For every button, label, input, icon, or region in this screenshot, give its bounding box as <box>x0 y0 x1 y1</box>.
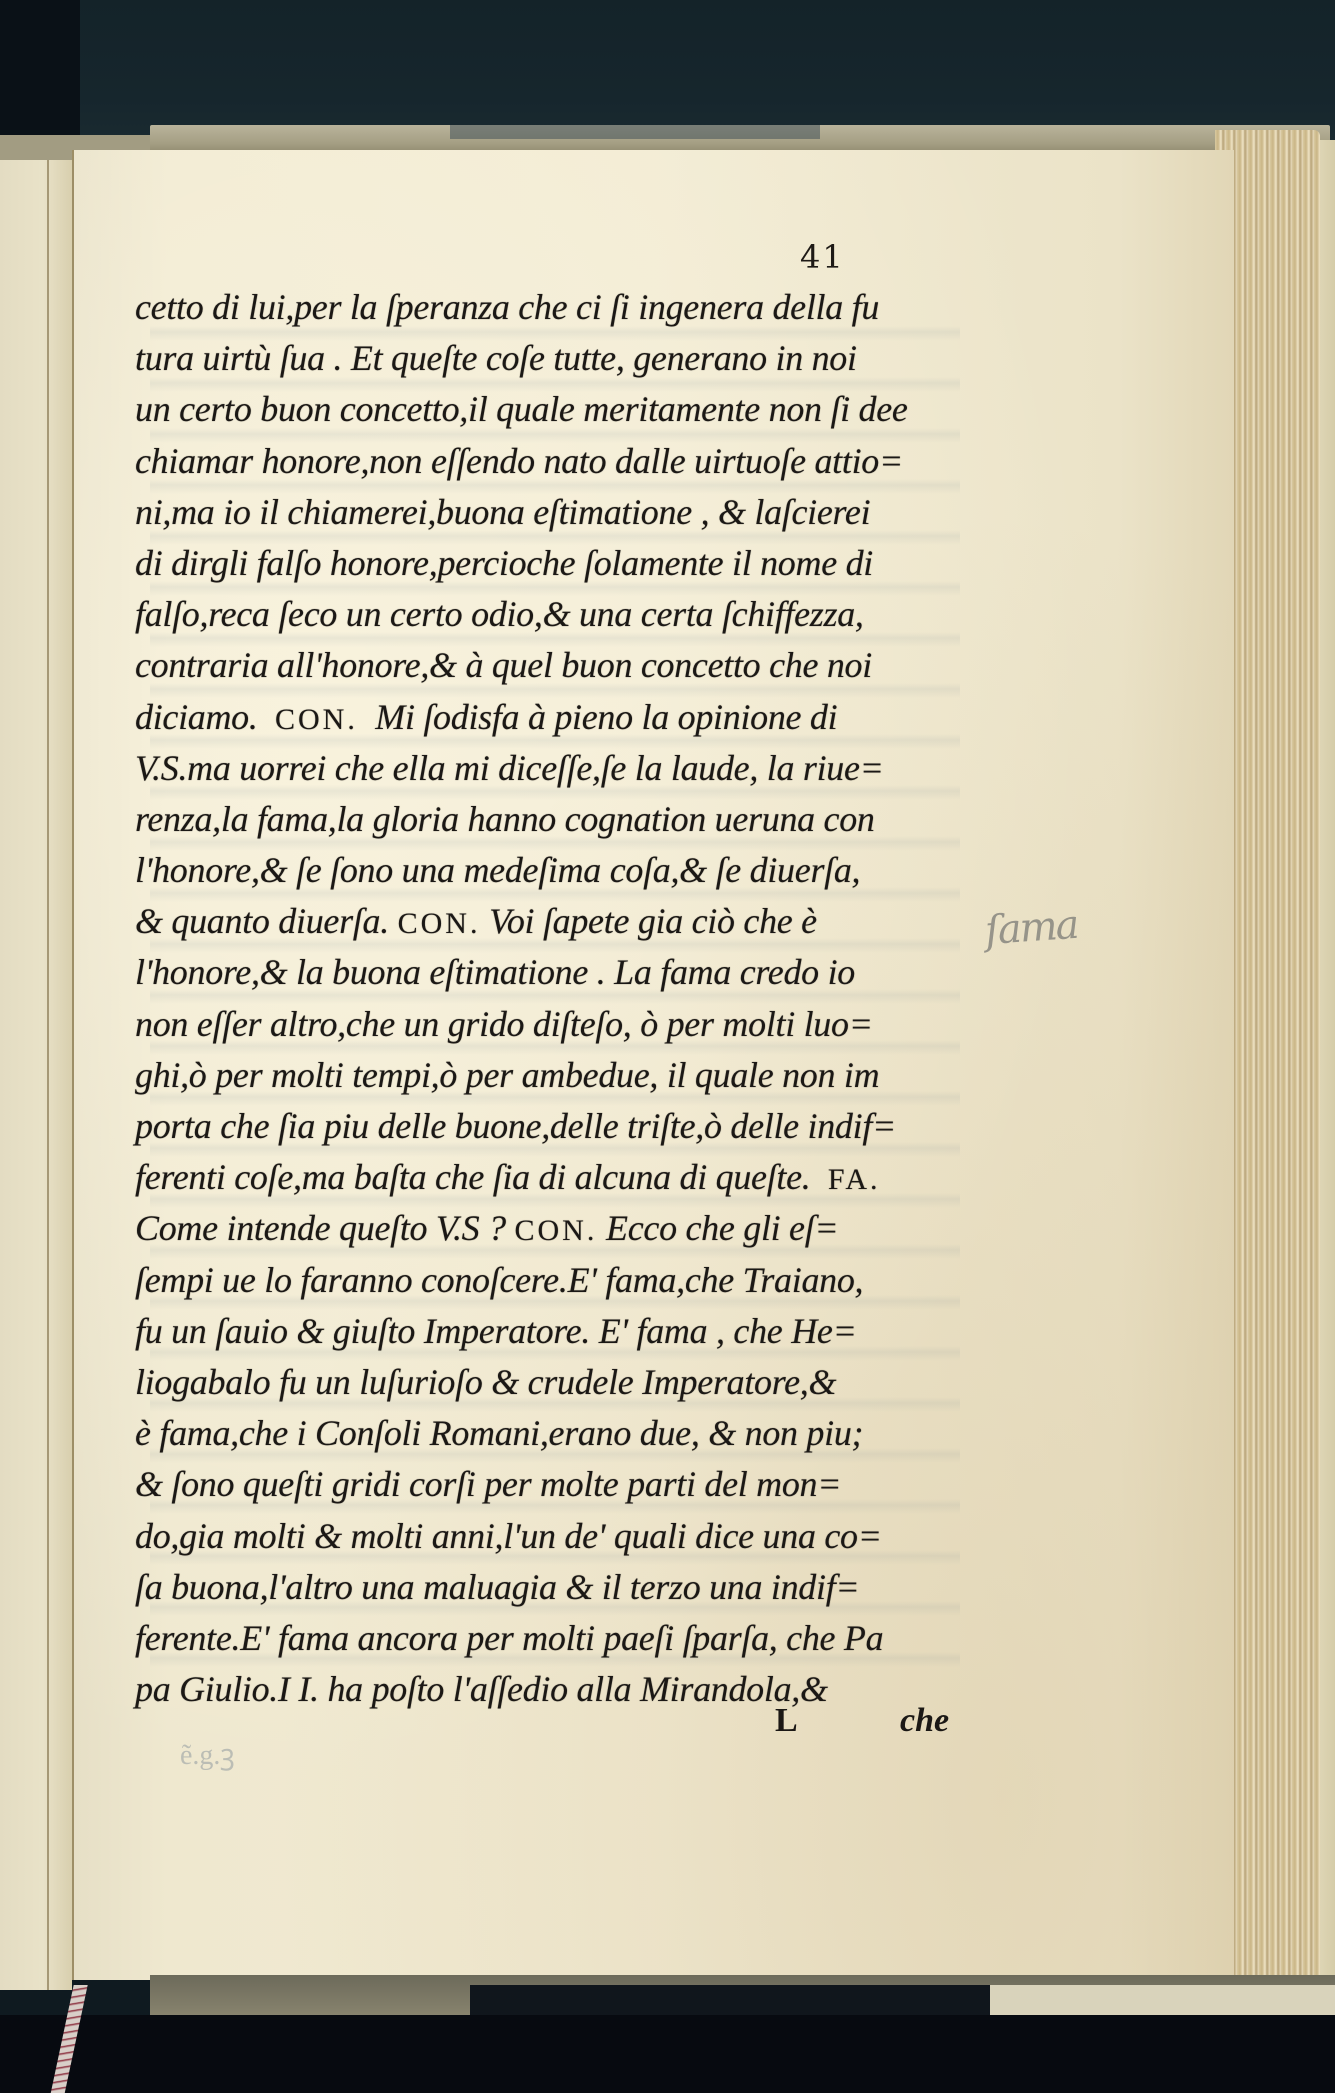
text-line: l'honore,& la buona eſtimatione . La fam… <box>135 947 970 998</box>
dark-backdrop-bottom <box>0 2015 1335 2093</box>
text-line: ſempi ue lo faranno conoſcere.E' fama,ch… <box>135 1255 970 1306</box>
speaker-label: CON. <box>275 703 358 736</box>
text-line: ſa buona,l'altro una maluagia & il terzo… <box>135 1562 970 1613</box>
text-line: fu un ſauio & giuſto Imperatore. E' fama… <box>135 1306 970 1357</box>
dark-backdrop-corner <box>0 0 80 140</box>
text-line: renza,la fama,la gloria hanno cognation … <box>135 794 970 845</box>
text-line: non eſſer altro,che un grido diſteſo, ò … <box>135 999 970 1050</box>
text-line: ni,ma io il chiamerei,buona eſtimatione … <box>135 487 970 538</box>
text-line: diciamo. CON. Mi ſodisfa à pieno la opin… <box>135 692 970 743</box>
spine-gutter <box>47 160 49 1990</box>
text-line: V.S.ma uorrei che ella mi diceſſe,ſe la … <box>135 743 970 794</box>
text-line: pa Giulio.I I. ha poſto l'aſſedio alla M… <box>135 1664 970 1715</box>
left-page-edge <box>0 160 72 1990</box>
text-line: ferenti coſe,ma baſta che ſia di alcuna … <box>135 1152 970 1203</box>
speaker-label: FA. <box>828 1163 881 1196</box>
catchword: che <box>900 1702 949 1740</box>
binding-headband-worn <box>450 125 820 139</box>
text-line: cetto di lui,per la ſperanza che ci ſi i… <box>135 282 970 333</box>
pencil-marginal-annotation: ſama <box>984 902 1079 954</box>
text-line: do,gia molti & molti anni,l'un de' quali… <box>135 1511 970 1562</box>
text-line: ferente.E' fama ancora per molti paeſi ſ… <box>135 1613 970 1664</box>
text-block: cetto di lui,per la ſperanza che ci ſi i… <box>135 282 970 1715</box>
text-line: l'honore,& ſe ſono una medeſima coſa,& ſ… <box>135 845 970 896</box>
signature-mark: L <box>775 1702 798 1740</box>
text-line: liogabalo fu un luſurioſo & crudele Impe… <box>135 1357 970 1408</box>
text-line: porta che ſia piu delle buone,delle triſ… <box>135 1101 970 1152</box>
text-line: chiamar honore,non eſſendo nato dalle ui… <box>135 436 970 487</box>
text-line: un certo buon concetto,il quale meritame… <box>135 384 970 435</box>
text-line: è fama,che i Conſoli Romani,erano due, &… <box>135 1408 970 1459</box>
dark-backdrop-top <box>0 0 1335 140</box>
text-line: tura uirtù ſua . Et queſte coſe tutte, g… <box>135 333 970 384</box>
page-number: 41 <box>800 238 845 276</box>
text-line: ghi,ò per molti tempi,ò per ambedue, il … <box>135 1050 970 1101</box>
text-line: & quanto diuerſa. CON. Voi ſapete gia ci… <box>135 896 970 947</box>
text-line: di dirgli falſo honore,percioche ſolamen… <box>135 538 970 589</box>
speaker-label: CON. <box>515 1214 598 1247</box>
faded-stamp-mark: ẽ.g.ꝫ <box>180 1735 235 1773</box>
text-line: Come intende queſto V.S ? CON. Ecco che … <box>135 1203 970 1254</box>
text-line: contraria all'honore,& à quel buon conce… <box>135 640 970 691</box>
text-line: falſo,reca ſeco un certo odio,& una cert… <box>135 589 970 640</box>
speaker-label: CON. <box>398 907 481 940</box>
text-line: & ſono queſti gridi corſi per molte part… <box>135 1459 970 1510</box>
